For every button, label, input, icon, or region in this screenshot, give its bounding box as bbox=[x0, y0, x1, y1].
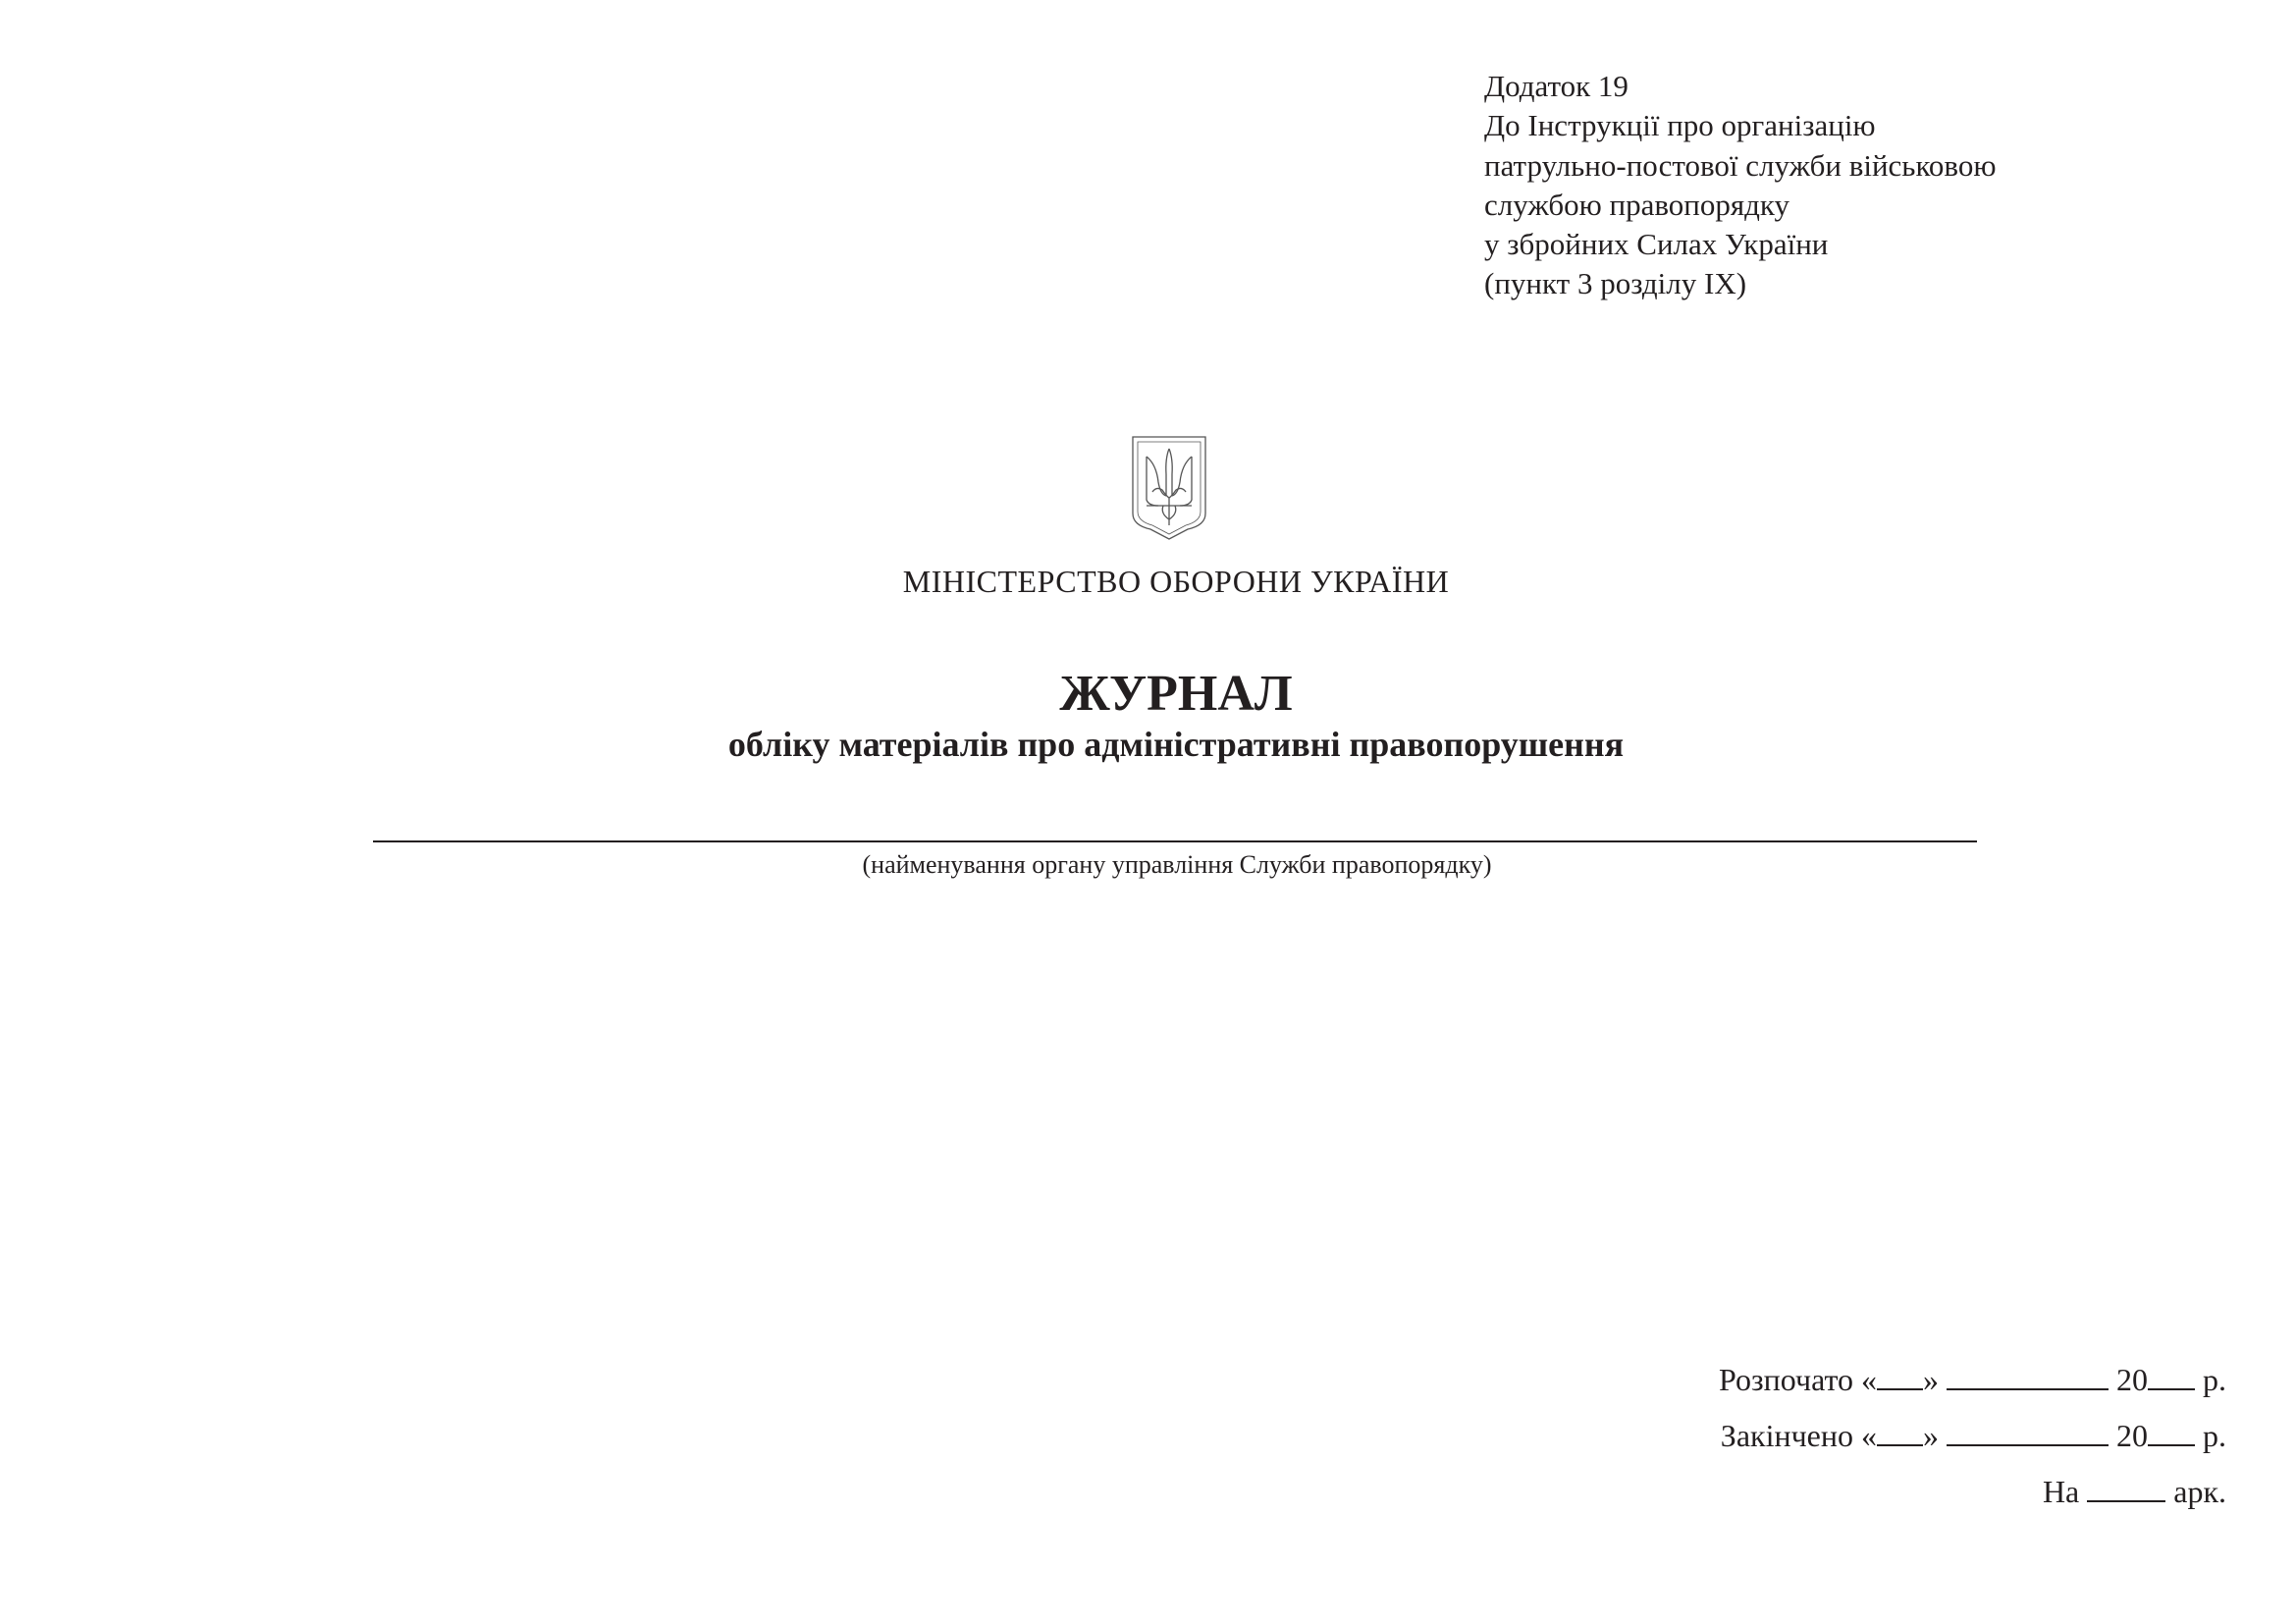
started-label: Розпочато bbox=[1719, 1362, 1853, 1397]
quote-open: « bbox=[1861, 1418, 1877, 1453]
appendix-line: Додаток 19 bbox=[1484, 67, 1997, 106]
finished-day-field[interactable] bbox=[1877, 1419, 1923, 1446]
appendix-line: До Інструкції про організацію bbox=[1484, 106, 1997, 145]
year-suffix: р. bbox=[2203, 1418, 2226, 1453]
ministry-name: МІНІСТЕРСТВО ОБОРОНИ УКРАЇНИ bbox=[0, 564, 2296, 600]
document-title: ЖУРНАЛ bbox=[0, 665, 2296, 723]
quote-close: » bbox=[1923, 1362, 1939, 1397]
trident-coat-of-arms-icon bbox=[1131, 435, 1207, 541]
started-day-field[interactable] bbox=[1877, 1363, 1923, 1390]
quote-close: » bbox=[1923, 1418, 1939, 1453]
started-month-field[interactable] bbox=[1947, 1363, 2109, 1390]
started-year-field[interactable] bbox=[2148, 1363, 2195, 1390]
organ-name-field[interactable] bbox=[373, 840, 1977, 842]
appendix-line: службою правопорядку bbox=[1484, 186, 1997, 225]
appendix-line: (пункт 3 розділу IX) bbox=[1484, 264, 1997, 303]
finished-year-field[interactable] bbox=[2148, 1419, 2195, 1446]
sheets-count-field[interactable] bbox=[2087, 1475, 2165, 1502]
appendix-header: Додаток 19 До Інструкції про організацію… bbox=[1484, 67, 1997, 304]
year-prefix: 20 bbox=[2116, 1362, 2148, 1397]
appendix-line: патрульно-постової служби військовою bbox=[1484, 146, 1997, 186]
appendix-line: у збройних Силах України bbox=[1484, 225, 1997, 264]
sheets-suffix: арк. bbox=[2173, 1474, 2226, 1509]
sheets-prefix: На bbox=[2043, 1474, 2079, 1509]
year-suffix: р. bbox=[2203, 1362, 2226, 1397]
document-subtitle: обліку матеріалів про адміністративні пр… bbox=[0, 724, 2296, 765]
finished-date-row: Закінчено «» 20 р. bbox=[1719, 1418, 2226, 1474]
quote-open: « bbox=[1861, 1362, 1877, 1397]
sheets-row: На арк. bbox=[1719, 1474, 2226, 1530]
finished-label: Закінчено bbox=[1721, 1418, 1853, 1453]
organ-name-caption: (найменування органу управління Служби п… bbox=[0, 850, 2296, 880]
year-prefix: 20 bbox=[2116, 1418, 2148, 1453]
journal-dates-block: Розпочато «» 20 р. Закінчено «» 20 р. На… bbox=[1719, 1362, 2226, 1530]
finished-month-field[interactable] bbox=[1947, 1419, 2109, 1446]
started-date-row: Розпочато «» 20 р. bbox=[1719, 1362, 2226, 1418]
